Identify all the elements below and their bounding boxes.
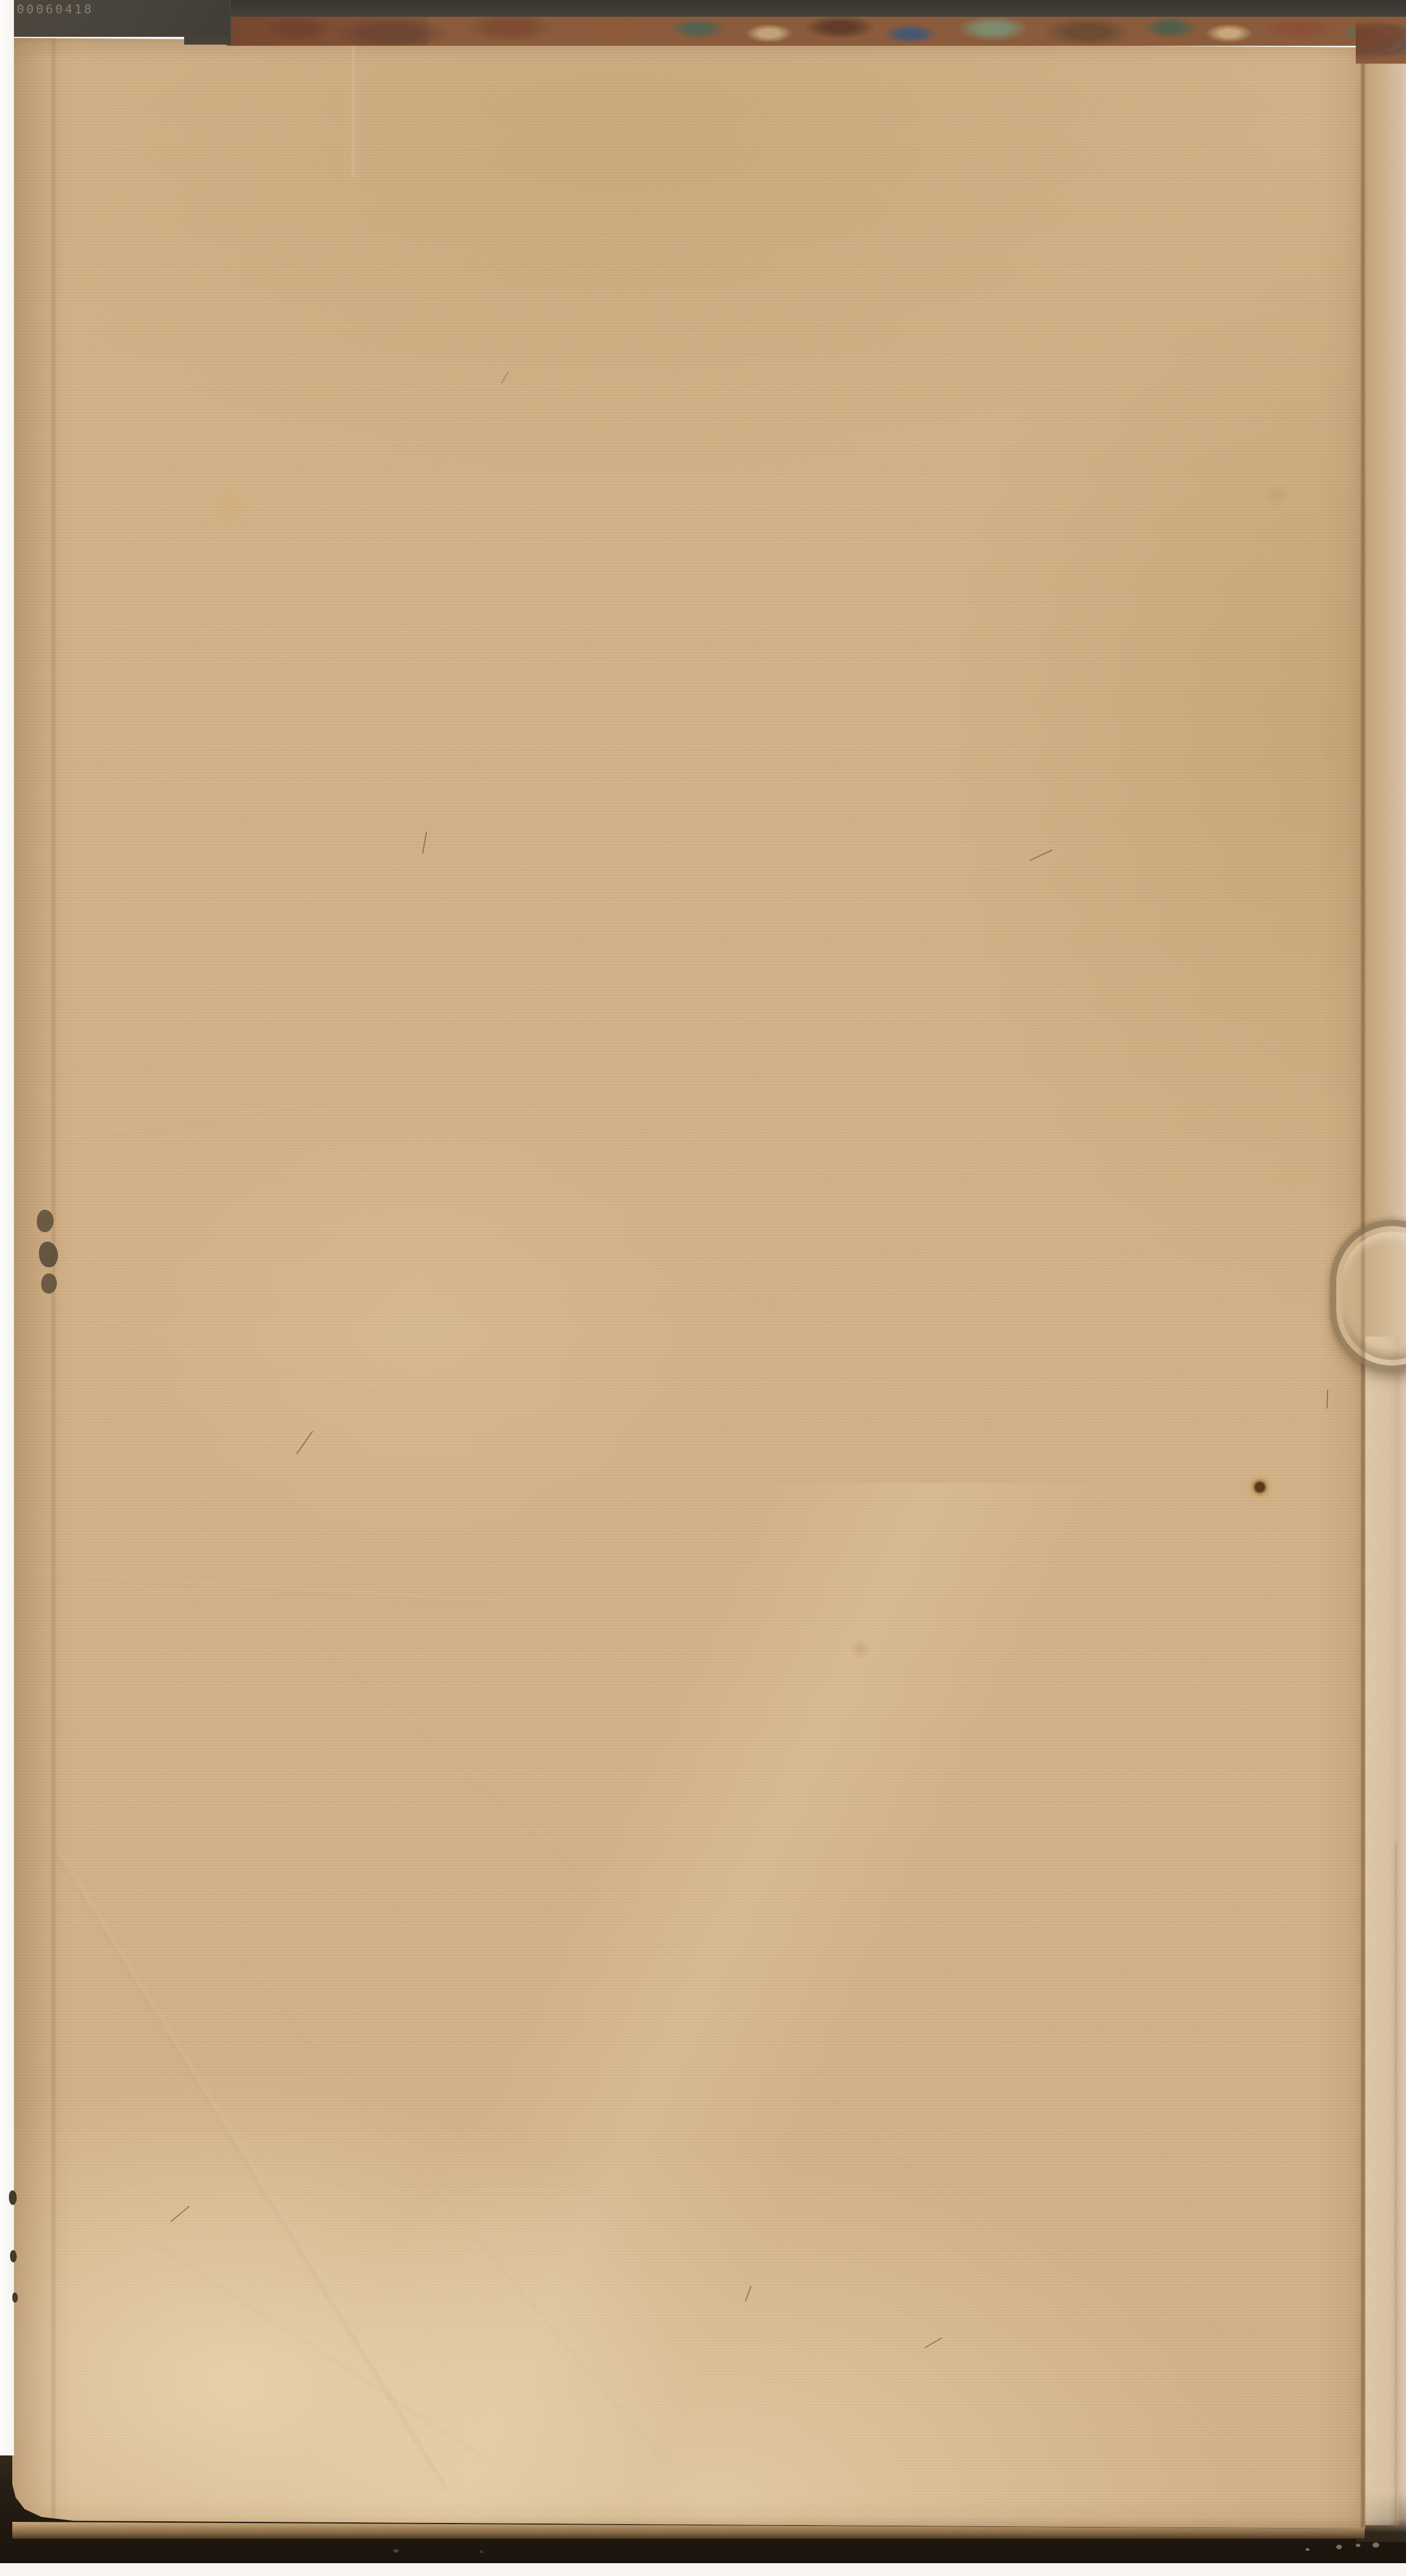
scan-margin-left: [0, 0, 14, 2455]
stain: [208, 487, 252, 524]
paper-fiber: [1326, 1390, 1328, 1409]
marbled-board-edge-right: [1356, 15, 1406, 64]
stack-crease-line: [1395, 1842, 1397, 2528]
page-sheen: [12, 1483, 1365, 2531]
edge-nick: [12, 2293, 18, 2303]
page-holder-clip-highlight: [1342, 1232, 1406, 1360]
shadow-fleck: [393, 2549, 398, 2553]
book-page: [12, 32, 1365, 2531]
shadow-fleck: [1336, 2545, 1342, 2549]
paper-fiber: [422, 832, 427, 854]
edge-nick: [10, 2250, 17, 2262]
shadow-fleck: [480, 2550, 483, 2553]
stain: [1265, 484, 1291, 507]
stain: [849, 1640, 871, 1659]
shadow-fleck: [1373, 2543, 1379, 2548]
crease-mark: [65, 1100, 331, 1140]
foxing-spot: [1243, 1472, 1277, 1503]
shadow-fleck: [1306, 2548, 1309, 2551]
book-scan: 00060418: [0, 0, 1406, 2576]
scan-margin-bottom: [0, 2563, 1406, 2576]
shadow-fleck: [1356, 2544, 1360, 2547]
marbled-board-edge-tint: [227, 15, 427, 46]
paper-fiber: [501, 371, 509, 384]
scan-id-watermark: 00060418: [17, 3, 94, 17]
faint-vertical-crease: [353, 32, 354, 177]
paper-fiber: [296, 1431, 313, 1454]
edge-nick: [9, 2190, 17, 2205]
paper-fiber: [1029, 849, 1053, 861]
holder-strap-highlight: [1364, 1337, 1399, 2525]
crease-mark: [84, 1316, 388, 1394]
